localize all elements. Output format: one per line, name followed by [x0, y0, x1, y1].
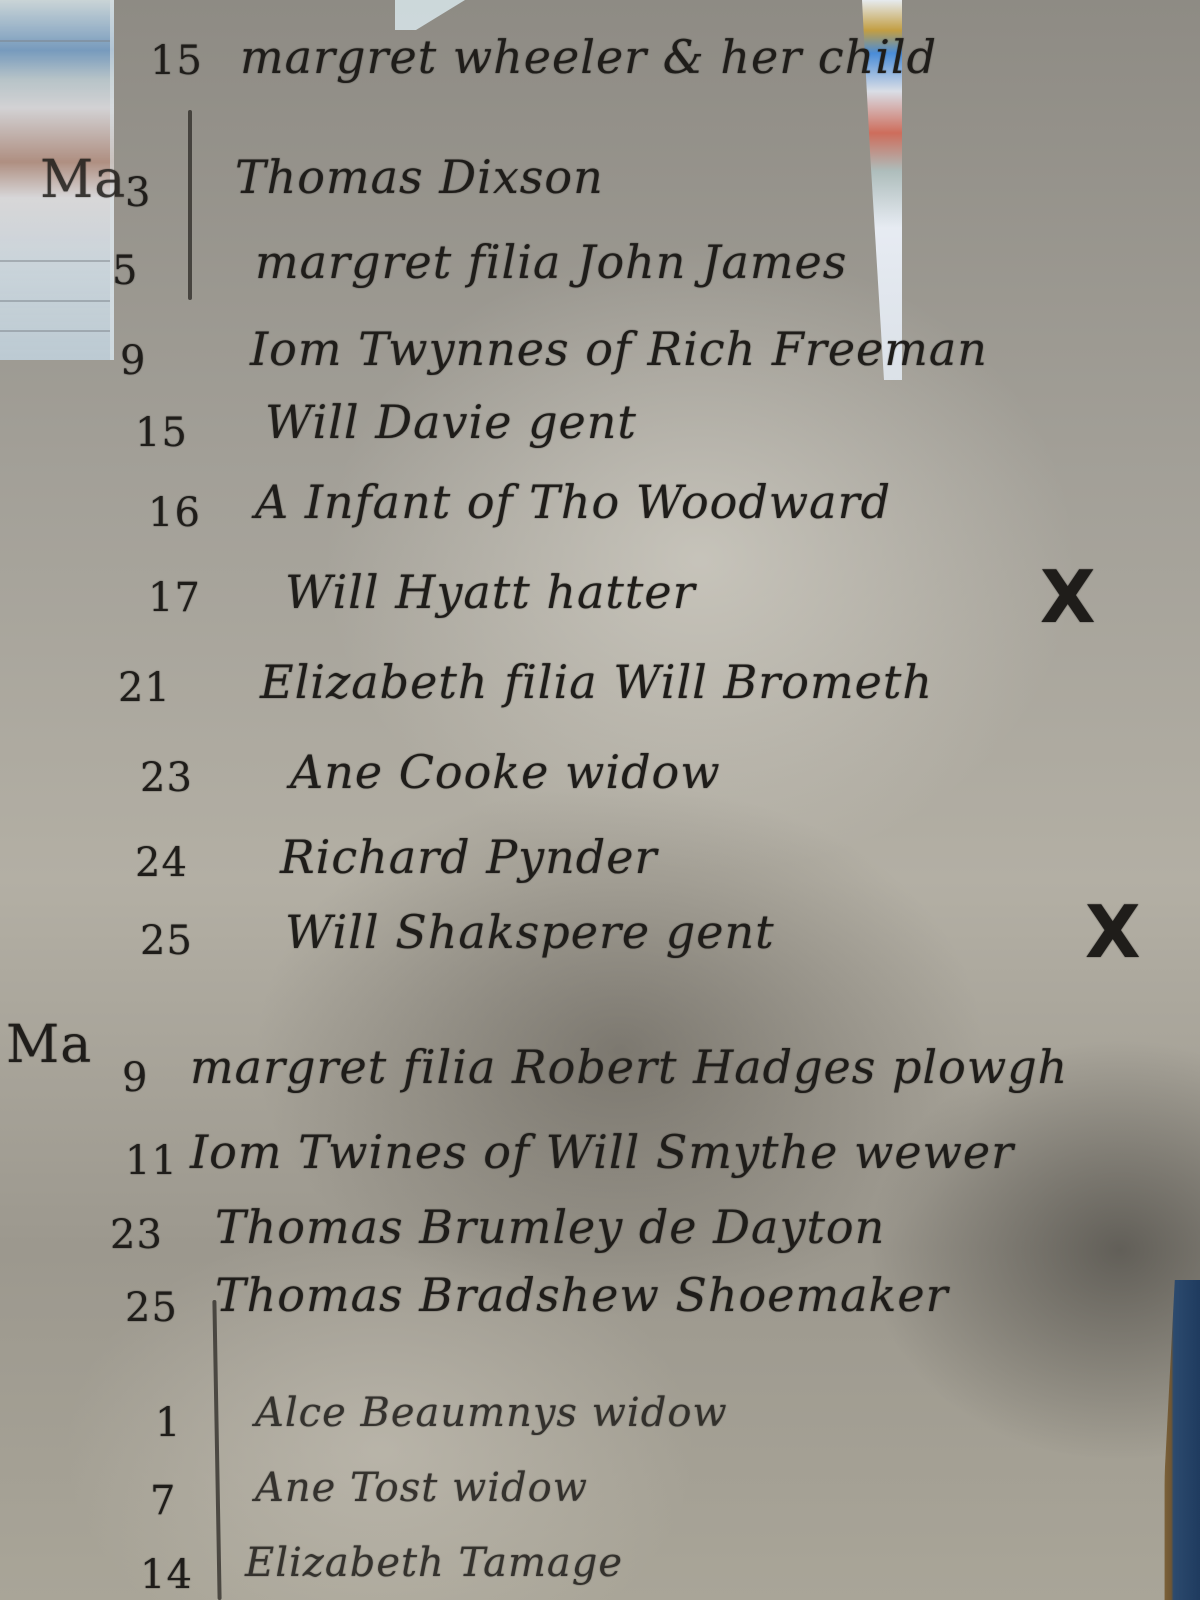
entry-day: 1 [155, 1400, 181, 1446]
display-frame-edge [1140, 1280, 1200, 1600]
entry-day: 9 [120, 338, 146, 384]
month-marker: Ma [40, 150, 126, 210]
entry-text: Alce Beaumnys widow [255, 1390, 728, 1436]
entry-day: 5 [112, 248, 138, 294]
entry-day: 25 [125, 1285, 178, 1331]
cross-mark: X [1085, 890, 1142, 974]
entry-text: Richard Pynder [280, 830, 657, 884]
entry-text: margret wheeler & her child [240, 30, 937, 84]
entry-text: Iom Twynnes of Rich Freeman [250, 322, 988, 376]
entry-day: 23 [110, 1212, 163, 1258]
entry-day: 23 [140, 755, 193, 801]
entry-text: Thomas Dixson [235, 150, 604, 204]
entry-text: Thomas Bradshew Shoemaker [215, 1268, 949, 1322]
entry-day: 15 [135, 410, 188, 456]
window-reflection-arch [395, 0, 465, 30]
entry-day: 11 [125, 1138, 178, 1184]
entry-text: margret filia Robert Hadges plowgh [190, 1040, 1068, 1094]
entry-text: Elizabeth filia Will Brometh [260, 655, 933, 709]
entry-text: A Infant of Tho Woodward [255, 475, 891, 529]
entry-text: Will Shakspere gent [285, 905, 775, 959]
entry-text: Ane Tost widow [255, 1465, 588, 1511]
entry-day: 17 [148, 575, 201, 621]
entry-text: Will Davie gent [265, 395, 637, 449]
entry-text: Thomas Brumley de Dayton [215, 1200, 885, 1254]
entry-day: 3 [125, 170, 151, 216]
register-page: 15 margret wheeler & her child Ma 3 Thom… [0, 0, 1200, 1600]
entry-text: Elizabeth Tamage [245, 1540, 623, 1586]
entry-day: 15 [150, 38, 203, 84]
entry-day: 16 [148, 490, 201, 536]
entry-text: Ane Cooke widow [290, 745, 721, 799]
entry-day: 14 [140, 1552, 193, 1598]
entry-day: 24 [135, 840, 188, 886]
entry-day: 25 [140, 918, 193, 964]
month-marker: Ma [6, 1015, 92, 1075]
entry-text: margret filia John James [255, 235, 847, 289]
bracket-line [188, 110, 192, 300]
entry-day: 7 [150, 1478, 176, 1524]
entry-text: Will Hyatt hatter [285, 565, 696, 619]
cross-mark: X [1040, 555, 1097, 639]
bracket-line [212, 1300, 221, 1600]
entry-day: 21 [118, 665, 171, 711]
entry-day: 9 [122, 1055, 148, 1101]
entry-text: Iom Twines of Will Smythe wewer [190, 1125, 1014, 1179]
